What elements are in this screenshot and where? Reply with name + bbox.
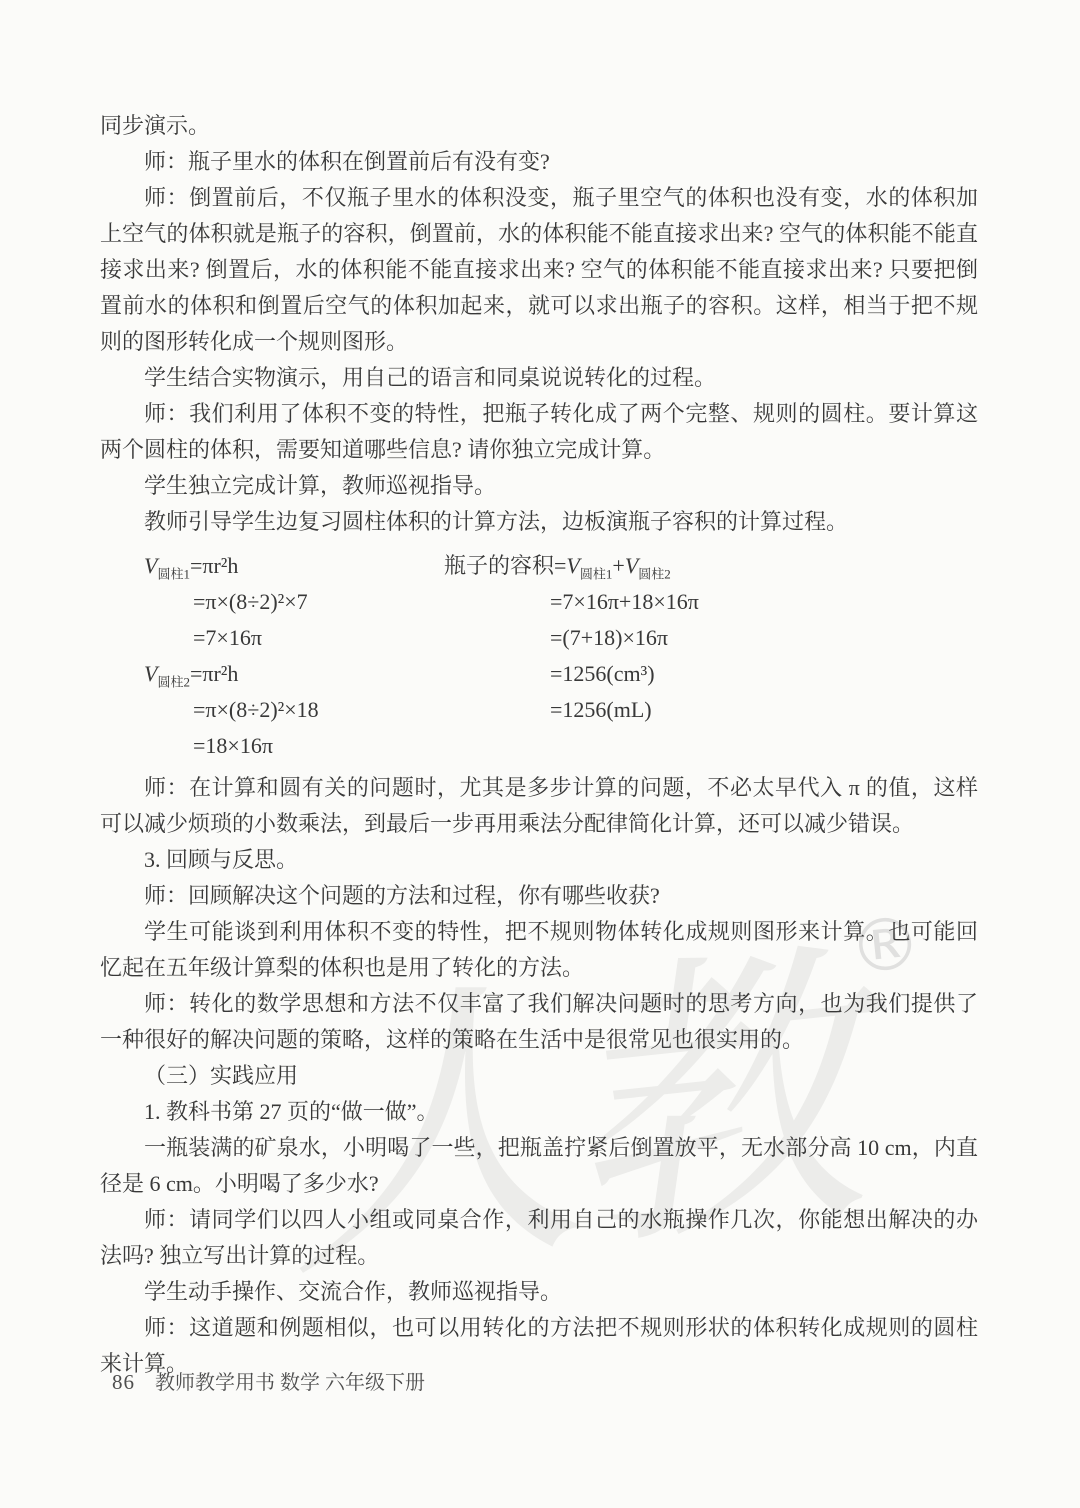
page-footer: 86 教师教学用书 数学 六年级下册	[112, 1366, 425, 1395]
paragraph: 师：倒置前后，不仅瓶子里水的体积没变，瓶子里空气的体积也没有变，水的体积加上空气…	[100, 180, 978, 360]
math-variable: V	[625, 553, 638, 578]
formula-line: =π×(8÷2)²×7	[144, 584, 444, 620]
paragraph: 师：在计算和圆有关的问题时，尤其是多步计算的问题，不必太早代入 π 的值，这样可…	[100, 770, 978, 842]
paragraph: 学生可能谈到利用体积不变的特性，把不规则物体转化成规则图形来计算。也可能回忆起在…	[100, 914, 978, 986]
formula-line: =1256(cm³)	[444, 656, 978, 692]
math-expression: =18×16π	[193, 733, 273, 758]
paragraph: 一瓶装满的矿泉水，小明喝了一些，把瓶盖拧紧后倒置放平，无水部分高 10 cm，内…	[100, 1130, 978, 1202]
math-subscript: 圆柱2	[638, 566, 671, 581]
formula-line: =7×16π	[144, 620, 444, 656]
paragraph: 教师引导学生边复习圆柱体积的计算方法，边板演瓶子容积的计算过程。	[100, 504, 978, 540]
paragraph: 同步演示。	[100, 108, 978, 144]
math-expression: =πr²h	[190, 553, 238, 578]
formula-line: =7×16π+18×16π	[444, 584, 978, 620]
math-subscript: 圆柱1	[157, 566, 190, 581]
math-expression: =7×16π+18×16π	[550, 589, 699, 614]
math-variable: V	[144, 553, 157, 578]
formula-line: V圆柱2=πr²h	[144, 656, 444, 692]
math-subscript: 圆柱1	[580, 566, 613, 581]
section-heading-practice-application: （三）实践应用	[100, 1058, 978, 1094]
paragraph: 学生动手操作、交流合作，教师巡视指导。	[100, 1274, 978, 1310]
list-item-textbook-exercise: 1. 教科书第 27 页的“做一做”。	[100, 1094, 978, 1130]
math-variable: V	[566, 553, 579, 578]
math-variable: V	[144, 661, 157, 686]
paragraph: 师：瓶子里水的体积在倒置前后有没有变?	[100, 144, 978, 180]
math-expression: =π×(8÷2)²×7	[193, 589, 308, 614]
cylinder-volume-formulas: V圆柱1=πr²h =π×(8÷2)²×7 =7×16π V圆柱2=πr²h =…	[144, 548, 444, 764]
math-expression: =1256(cm³)	[550, 661, 655, 686]
scanned-book-page: 人教 ® 同步演示。 师：瓶子里水的体积在倒置前后有没有变? 师：倒置前后，不仅…	[0, 0, 1080, 1508]
page-content: 同步演示。 师：瓶子里水的体积在倒置前后有没有变? 师：倒置前后，不仅瓶子里水的…	[100, 108, 978, 1382]
paragraph: 师：请同学们以四人小组或同桌合作，利用自己的水瓶操作几次，你能想出解决的办法吗?…	[100, 1202, 978, 1274]
formula-line: =1256(mL)	[444, 692, 978, 728]
page-number: 86	[112, 1370, 135, 1395]
math-expression: =1256(mL)	[550, 697, 652, 722]
formula-line: =18×16π	[144, 728, 444, 764]
math-operator: +	[612, 553, 624, 578]
paragraph: 学生结合实物演示，用自己的语言和同桌说说转化的过程。	[100, 360, 978, 396]
paragraph: 师：转化的数学思想和方法不仅丰富了我们解决问题时的思考方向，也为我们提供了一种很…	[100, 986, 978, 1058]
formula-line: =(7+18)×16π	[444, 620, 978, 656]
bottle-capacity-formulas: 瓶子的容积=V圆柱1+V圆柱2 =7×16π+18×16π =(7+18)×16…	[444, 548, 978, 764]
math-expression: =π×(8÷2)²×18	[193, 697, 319, 722]
list-item-review-reflect: 3. 回顾与反思。	[100, 842, 978, 878]
math-expression: =7×16π	[193, 625, 262, 650]
formula-line: 瓶子的容积=V圆柱1+V圆柱2	[444, 548, 978, 584]
formula-line: =π×(8÷2)²×18	[144, 692, 444, 728]
math-expression: =πr²h	[190, 661, 238, 686]
math-label: 瓶子的容积=	[444, 553, 566, 578]
paragraph: 师：我们利用了体积不变的特性，把瓶子转化成了两个完整、规则的圆柱。要计算这两个圆…	[100, 396, 978, 468]
math-subscript: 圆柱2	[157, 674, 190, 689]
footer-book-title: 教师教学用书 数学 六年级下册	[155, 1366, 425, 1395]
paragraph: 师：回顾解决这个问题的方法和过程，你有哪些收获?	[100, 878, 978, 914]
math-workings: V圆柱1=πr²h =π×(8÷2)²×7 =7×16π V圆柱2=πr²h =…	[100, 548, 978, 764]
paragraph: 学生独立完成计算，教师巡视指导。	[100, 468, 978, 504]
math-expression: =(7+18)×16π	[550, 625, 668, 650]
formula-line: V圆柱1=πr²h	[144, 548, 444, 584]
